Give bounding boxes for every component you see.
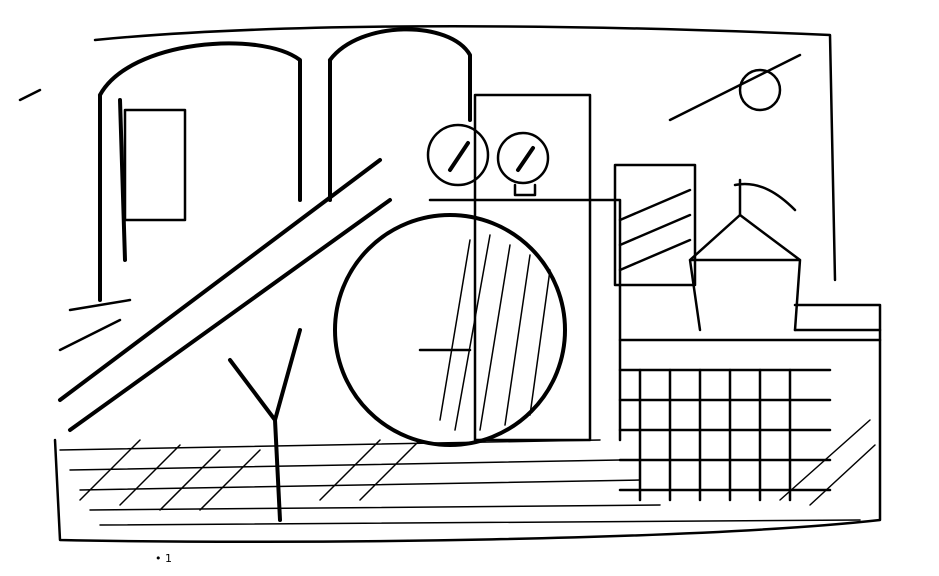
flag-icon (735, 180, 795, 215)
frame (55, 26, 880, 542)
center-tank (330, 29, 470, 200)
left-tank (100, 43, 300, 300)
corner-mark: • 1 (155, 552, 172, 565)
gauge-right-icon (498, 133, 548, 183)
roof (690, 215, 800, 330)
left-tank-window (125, 110, 185, 220)
sketch-canvas (0, 0, 939, 576)
ground-hatching (60, 420, 875, 525)
tree (230, 330, 300, 520)
